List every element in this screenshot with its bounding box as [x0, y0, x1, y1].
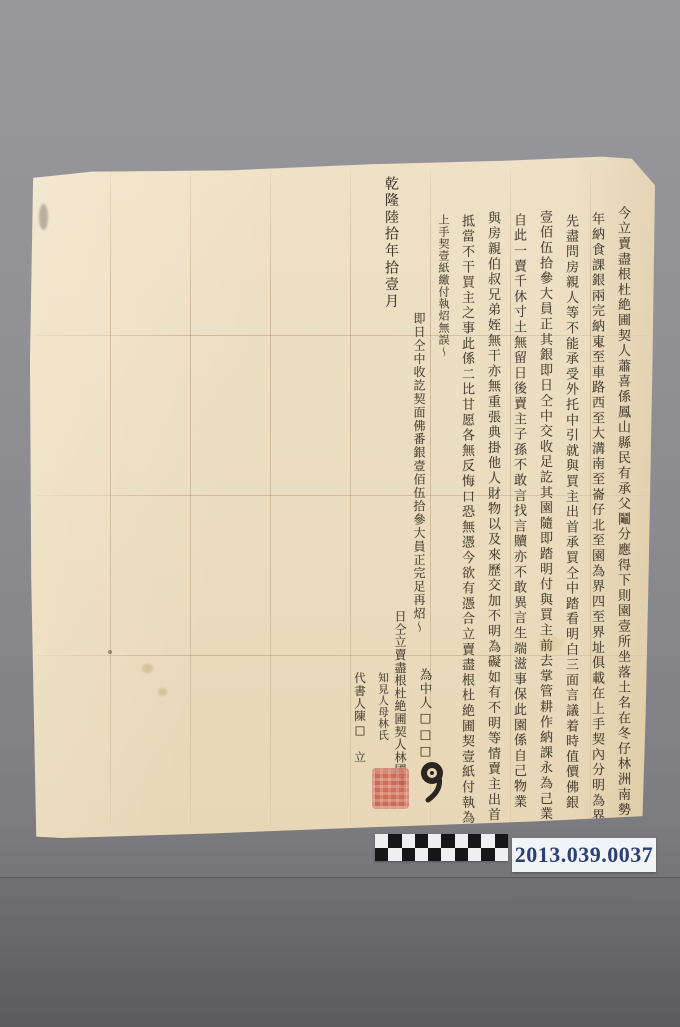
backdrop-seam-line [0, 877, 680, 1027]
date-column: 乾隆陸拾年拾壹月 [381, 176, 401, 310]
scale-bar-cell [495, 848, 508, 862]
scale-bar-cell [481, 834, 494, 848]
scale-bar-cell [415, 848, 428, 862]
stain [108, 650, 112, 654]
scale-bar-cell [455, 834, 468, 848]
deed-text-column: 年納食課銀兩完納東至車路西至大溝南至崙仔北至園為界四至界址俱載在上手契內分明為界 [587, 212, 606, 824]
scale-bar-cell [441, 834, 454, 848]
scale-bar-cell [468, 834, 481, 848]
deed-text-column: 與房親伯叔兄弟姪無干亦無重張典掛他人財物以及來歷交加不明為礙如有不明等情賣主出首 [483, 211, 502, 823]
scale-bar-cell [428, 834, 441, 848]
fold-crease-vertical [270, 170, 271, 825]
scale-bar-cell [375, 848, 388, 862]
deed-text-column: 今立賣盡根杜絶圃契人蕭喜係鳳山縣民有承父鬮分應得下則園壹所坐落土名在冬仔林洲南勢… [613, 206, 632, 833]
catalog-label: 2013.039.0037 [512, 838, 656, 872]
scale-bar-cell [495, 834, 508, 848]
fold-crease-horizontal [36, 335, 649, 336]
prior-deed-clause-column: 上手契壹紙繳付執炤無誤〜 [435, 214, 451, 358]
deed-text-column: 自此一賣千休寸土無留日後賣主子孫不敢言找言贖亦不敢異言生端滋事保此園係自己物業 [509, 213, 528, 810]
scale-bar-cell [428, 848, 441, 862]
catalog-number: 2013.039.0037 [515, 842, 654, 868]
stain [39, 204, 48, 230]
scale-bar-cell [388, 848, 401, 862]
stain [158, 688, 167, 696]
stain [142, 664, 153, 673]
checkerboard-scale-bar [375, 834, 508, 861]
scale-bar-cell [402, 848, 415, 862]
deed-paper: 今立賣盡根杜絶圃契人蕭喜係鳳山縣民有承父鬮分應得下則園壹所坐落土名在冬仔林洲南勢… [30, 156, 655, 838]
scale-bar-cell [468, 848, 481, 862]
photo-backdrop: 今立賣盡根杜絶圃契人蕭喜係鳳山縣民有承父鬮分應得下則園壹所坐落土名在冬仔林洲南勢… [0, 0, 680, 1027]
scale-bar-cell [415, 834, 428, 848]
scale-bar-cell [481, 848, 494, 862]
witness-signature-column: 知見人母林氏 [376, 672, 391, 741]
fold-crease-vertical [190, 170, 191, 825]
fold-crease-vertical [350, 170, 351, 825]
deed-text-column: 抵當不干買主之事此係二比甘愿各無反悔口恐無憑今欲有憑合立賣盡根杜絶圃契壹紙付執為… [457, 214, 476, 841]
scale-bar-cell [455, 848, 468, 862]
fold-crease-horizontal [36, 495, 649, 496]
deed-text-column: 先盡問房親人等不能承受外托中引就與買主出首承買仝中踏看明白三面言議着時值價佛銀 [561, 214, 580, 811]
deed-text-column: 壹佰伍拾參大員正其銀即日仝中交收足訖其園隨即踏明付與買主前去掌管耕作納課永為己業 [535, 210, 554, 822]
scale-bar-cell [388, 834, 401, 848]
payment-receipt-column: 即日仝中收訖契面佛番銀壹佰伍拾參大員正完足再炤〜 [411, 312, 428, 634]
signature-cipher-mark [418, 760, 448, 810]
spiral-glyph [418, 760, 448, 806]
scale-bar-cell [441, 848, 454, 862]
scribe-signature-column: 代書人陳□ 立 [352, 672, 368, 763]
scale-bar-cell [402, 834, 415, 848]
middleman-signature-column: 為中人□□□ [416, 668, 434, 760]
fold-crease-horizontal [36, 655, 649, 656]
red-seal-stamp [372, 768, 409, 809]
seller-signature-column: 日仝立賣盡根杜絶圃契人林國棟 [392, 610, 409, 789]
scale-bar-cell [375, 834, 388, 848]
fold-crease-vertical [110, 170, 111, 825]
